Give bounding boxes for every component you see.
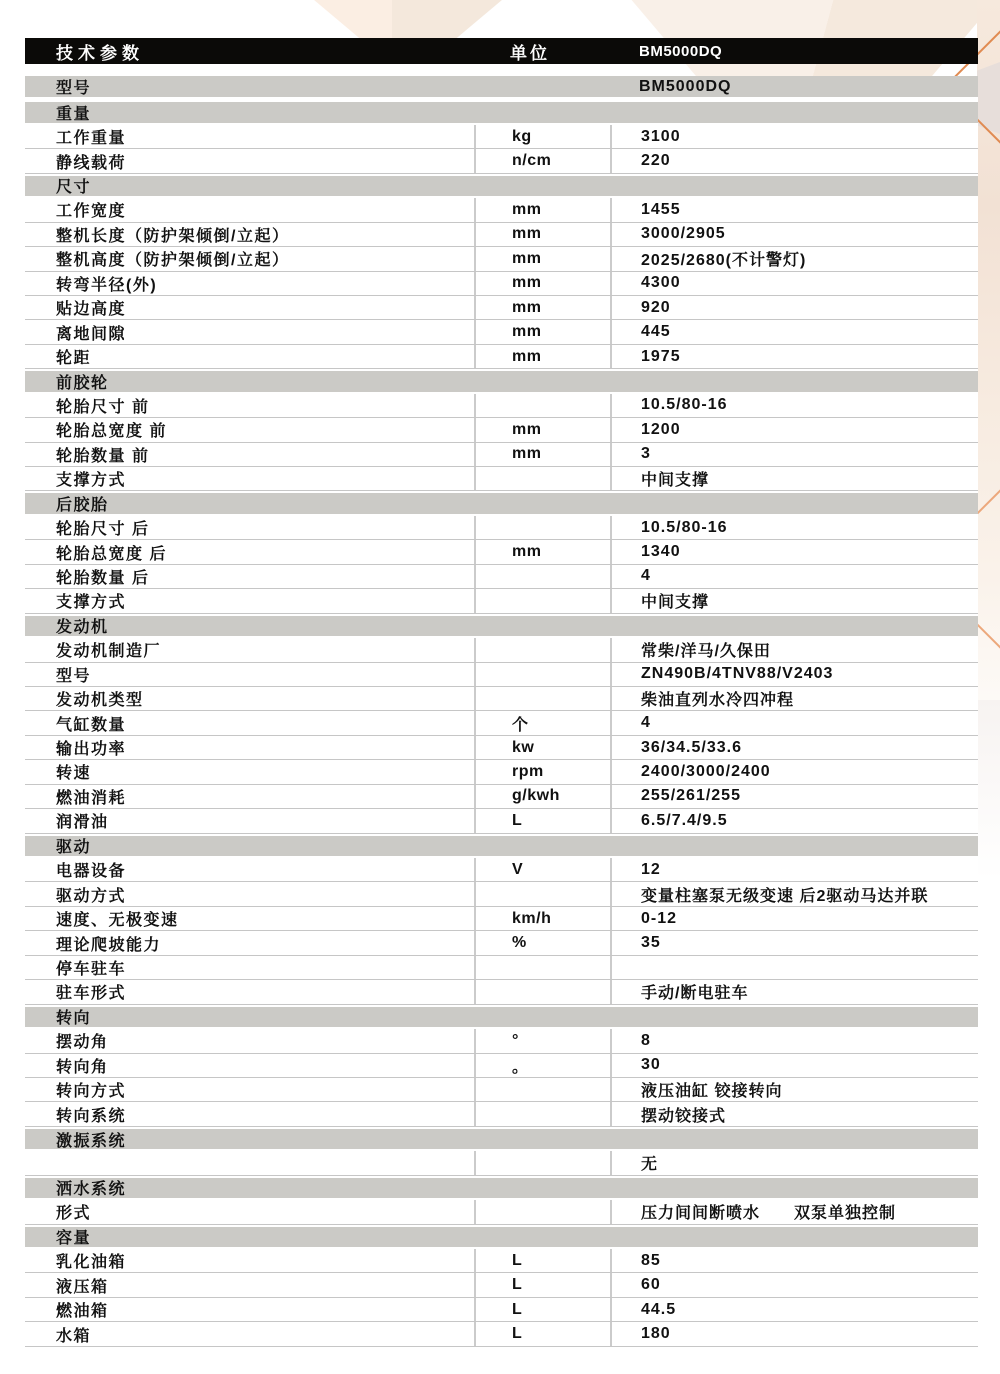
unit-cell xyxy=(474,76,610,97)
table-header-row: 技术参数 单位 BM5000DQ xyxy=(25,38,978,64)
unit-cell: mm xyxy=(474,320,610,343)
value-cell: ZN490B/4TNV88/V2403 xyxy=(610,663,978,686)
param-label: 支撑方式 xyxy=(25,589,474,612)
unit-cell: mm xyxy=(474,198,610,221)
table-row: 乳化油箱L85 xyxy=(25,1249,978,1273)
value-cell: 变量柱塞泵无级变速 后2驱动马达并联 xyxy=(610,882,978,905)
table-row: 工作重量kg3100 xyxy=(25,125,978,149)
section-label: 尺寸 xyxy=(25,176,978,196)
value-cell: 3000/2905 xyxy=(610,223,978,246)
unit-cell: 个 xyxy=(474,711,610,734)
unit-cell xyxy=(474,1102,610,1125)
section-row: 重量 xyxy=(25,100,978,124)
param-label: 转向角 xyxy=(25,1054,474,1077)
table-row: 轮胎数量 后4 xyxy=(25,565,978,589)
unit-cell: L xyxy=(474,1298,610,1321)
unit-cell: kg xyxy=(474,125,610,148)
section-label: 后胶胎 xyxy=(25,493,978,513)
bg-hexagon-top-center xyxy=(292,0,524,40)
unit-cell xyxy=(474,565,610,588)
param-label: 轮胎尺寸 后 xyxy=(25,516,474,539)
table-row: 速度、无极变速km/h0-12 xyxy=(25,907,978,931)
table-row: 燃油消耗g/kwh255/261/255 xyxy=(25,785,978,809)
section-label: 洒水系统 xyxy=(25,1178,978,1198)
value-cell: 3 xyxy=(610,443,978,466)
param-label: 转速 xyxy=(25,760,474,783)
param-label: 支撑方式 xyxy=(25,467,474,490)
unit-cell: mm xyxy=(474,345,610,368)
value-cell: 220 xyxy=(610,149,978,172)
param-label: 理论爬坡能力 xyxy=(25,931,474,954)
param-label: 轮距 xyxy=(25,345,474,368)
table-header-title: 技术参数 xyxy=(25,38,474,64)
value-cell: 36/34.5/33.6 xyxy=(610,736,978,759)
section-row: 转向 xyxy=(25,1005,978,1029)
value-cell: 180 xyxy=(610,1322,978,1345)
table-header-unit: 单位 xyxy=(474,38,610,64)
unit-cell xyxy=(474,687,610,710)
unit-cell xyxy=(474,1200,610,1223)
param-label xyxy=(25,1151,474,1174)
table-row: 转弯半径(外)mm4300 xyxy=(25,272,978,296)
value-cell: 2025/2680(不计警灯) xyxy=(610,247,978,270)
value-cell: 4 xyxy=(610,711,978,734)
table-row: 工作宽度mm1455 xyxy=(25,198,978,222)
value-cell: 1455 xyxy=(610,198,978,221)
unit-cell: mm xyxy=(474,223,610,246)
value-cell: 液压油缸 铰接转向 xyxy=(610,1078,978,1101)
section-label: 转向 xyxy=(25,1007,978,1027)
value-cell: 920 xyxy=(610,296,978,319)
table-row: 转向角。30 xyxy=(25,1054,978,1078)
value-cell: 0-12 xyxy=(610,907,978,930)
table-row: 形式压力间间断喷水 双泵单独控制 xyxy=(25,1200,978,1224)
header-gap xyxy=(25,64,978,76)
table-row: 发动机类型柴油直列水冷四冲程 xyxy=(25,687,978,711)
table-row: 型号BM5000DQ xyxy=(25,76,978,100)
table-row: 气缸数量个4 xyxy=(25,711,978,735)
value-cell: 12 xyxy=(610,858,978,881)
value-cell: 无 xyxy=(610,1151,978,1174)
value-cell: 10.5/80-16 xyxy=(610,394,978,417)
table-row: 轮胎总宽度 前mm1200 xyxy=(25,418,978,442)
unit-cell: mm xyxy=(474,272,610,295)
unit-cell: L xyxy=(474,1273,610,1296)
section-row: 前胶轮 xyxy=(25,369,978,393)
unit-cell xyxy=(474,638,610,661)
value-cell: 8 xyxy=(610,1029,978,1052)
value-cell: 压力间间断喷水 双泵单独控制 xyxy=(610,1200,978,1223)
param-label: 轮胎总宽度 前 xyxy=(25,418,474,441)
param-label: 轮胎数量 后 xyxy=(25,565,474,588)
param-label: 转向系统 xyxy=(25,1102,474,1125)
section-row: 发动机 xyxy=(25,614,978,638)
bg-right-strip xyxy=(977,0,1000,735)
section-row: 洒水系统 xyxy=(25,1176,978,1200)
table-row: 驻车形式手动/断电驻车 xyxy=(25,980,978,1004)
section-row: 尺寸 xyxy=(25,174,978,198)
param-label: 速度、无极变速 xyxy=(25,907,474,930)
param-label: 轮胎数量 前 xyxy=(25,443,474,466)
table-row: 静线载荷n/cm220 xyxy=(25,149,978,173)
param-label: 型号 xyxy=(25,663,474,686)
value-cell: 4 xyxy=(610,565,978,588)
param-label: 静线载荷 xyxy=(25,149,474,172)
section-label: 发动机 xyxy=(25,616,978,636)
param-label: 型号 xyxy=(25,76,474,97)
unit-cell: km/h xyxy=(474,907,610,930)
section-label: 重量 xyxy=(25,102,978,122)
param-label: 发动机制造厂 xyxy=(25,638,474,661)
unit-cell xyxy=(474,663,610,686)
section-label: 驱动 xyxy=(25,836,978,856)
value-cell: 35 xyxy=(610,931,978,954)
table-row: 支撑方式中间支撑 xyxy=(25,589,978,613)
table-row: 停车驻车 xyxy=(25,956,978,980)
unit-cell xyxy=(474,980,610,1003)
table-row: 轮胎总宽度 后mm1340 xyxy=(25,540,978,564)
table-row: 型号ZN490B/4TNV88/V2403 xyxy=(25,663,978,687)
value-cell: 85 xyxy=(610,1249,978,1272)
spec-sheet-page: { "colors": { "header_bg": "#0b0a08", "s… xyxy=(0,0,1000,1374)
unit-cell: kw xyxy=(474,736,610,759)
unit-cell xyxy=(474,1078,610,1101)
table-row: 润滑油L6.5/7.4/9.5 xyxy=(25,809,978,833)
value-cell: 中间支撑 xyxy=(610,467,978,490)
param-label: 工作重量 xyxy=(25,125,474,148)
param-label: 转弯半径(外) xyxy=(25,272,474,295)
param-label: 贴边高度 xyxy=(25,296,474,319)
unit-cell: L xyxy=(474,1249,610,1272)
unit-cell: mm xyxy=(474,296,610,319)
unit-cell xyxy=(474,1151,610,1174)
unit-cell xyxy=(474,956,610,979)
table-row: 轮胎尺寸 前10.5/80-16 xyxy=(25,394,978,418)
param-label: 工作宽度 xyxy=(25,198,474,221)
table-row: 无 xyxy=(25,1151,978,1175)
section-label: 容量 xyxy=(25,1227,978,1247)
value-cell: 摆动铰接式 xyxy=(610,1102,978,1125)
unit-cell: mm xyxy=(474,540,610,563)
value-cell: 10.5/80-16 xyxy=(610,516,978,539)
section-label: 激振系统 xyxy=(25,1129,978,1149)
param-label: 停车驻车 xyxy=(25,956,474,979)
value-cell: 445 xyxy=(610,320,978,343)
unit-cell xyxy=(474,589,610,612)
unit-cell: L xyxy=(474,1322,610,1345)
table-row: 电器设备V12 xyxy=(25,858,978,882)
unit-cell: ° xyxy=(474,1029,610,1052)
param-label: 轮胎尺寸 前 xyxy=(25,394,474,417)
param-label: 离地间隙 xyxy=(25,320,474,343)
spec-table: 技术参数 单位 BM5000DQ 型号BM5000DQ重量工作重量kg3100静… xyxy=(25,38,978,1347)
unit-cell: 。 xyxy=(474,1054,610,1077)
value-cell: 2400/3000/2400 xyxy=(610,760,978,783)
param-label: 电器设备 xyxy=(25,858,474,881)
bg-right-fade xyxy=(977,700,1000,880)
value-cell: 常柴/洋马/久保田 xyxy=(610,638,978,661)
section-row: 激振系统 xyxy=(25,1127,978,1151)
bg-right-facet xyxy=(977,62,1000,134)
param-label: 输出功率 xyxy=(25,736,474,759)
unit-cell: mm xyxy=(474,247,610,270)
table-row: 整机高度（防护架倾倒/立起）mm2025/2680(不计警灯) xyxy=(25,247,978,271)
value-cell: BM5000DQ xyxy=(610,76,978,97)
param-label: 润滑油 xyxy=(25,809,474,832)
param-label: 燃油消耗 xyxy=(25,785,474,808)
table-row: 理论爬坡能力%35 xyxy=(25,931,978,955)
value-cell: 255/261/255 xyxy=(610,785,978,808)
param-label: 整机高度（防护架倾倒/立起） xyxy=(25,247,474,270)
param-label: 液压箱 xyxy=(25,1273,474,1296)
section-row: 驱动 xyxy=(25,834,978,858)
value-cell xyxy=(610,956,978,979)
param-label: 驻车形式 xyxy=(25,980,474,1003)
table-row: 发动机制造厂常柴/洋马/久保田 xyxy=(25,638,978,662)
table-row: 轮胎尺寸 后10.5/80-16 xyxy=(25,516,978,540)
unit-cell xyxy=(474,882,610,905)
param-label: 整机长度（防护架倾倒/立起） xyxy=(25,223,474,246)
value-cell: 中间支撑 xyxy=(610,589,978,612)
unit-cell: g/kwh xyxy=(474,785,610,808)
unit-cell xyxy=(474,516,610,539)
param-label: 发动机类型 xyxy=(25,687,474,710)
value-cell: 1975 xyxy=(610,345,978,368)
unit-cell xyxy=(474,394,610,417)
table-row: 燃油箱L44.5 xyxy=(25,1298,978,1322)
value-cell: 60 xyxy=(610,1273,978,1296)
param-label: 燃油箱 xyxy=(25,1298,474,1321)
table-row: 转向方式液压油缸 铰接转向 xyxy=(25,1078,978,1102)
section-row: 容量 xyxy=(25,1225,978,1249)
table-row: 输出功率kw36/34.5/33.6 xyxy=(25,736,978,760)
table-header-model: BM5000DQ xyxy=(610,38,978,64)
param-label: 水箱 xyxy=(25,1322,474,1345)
value-cell: 柴油直列水冷四冲程 xyxy=(610,687,978,710)
table-row: 贴边高度mm920 xyxy=(25,296,978,320)
unit-cell: n/cm xyxy=(474,149,610,172)
table-row: 转速rpm2400/3000/2400 xyxy=(25,760,978,784)
unit-cell: L xyxy=(474,809,610,832)
table-row: 轮距mm1975 xyxy=(25,345,978,369)
value-cell: 44.5 xyxy=(610,1298,978,1321)
table-row: 液压箱L60 xyxy=(25,1273,978,1297)
table-row: 整机长度（防护架倾倒/立起）mm3000/2905 xyxy=(25,223,978,247)
section-label: 前胶轮 xyxy=(25,371,978,391)
param-label: 轮胎总宽度 后 xyxy=(25,540,474,563)
param-label: 转向方式 xyxy=(25,1078,474,1101)
table-row: 转向系统摆动铰接式 xyxy=(25,1102,978,1126)
table-row: 摆动角°8 xyxy=(25,1029,978,1053)
value-cell: 1200 xyxy=(610,418,978,441)
table-row: 支撑方式中间支撑 xyxy=(25,467,978,491)
unit-cell: mm xyxy=(474,443,610,466)
value-cell: 6.5/7.4/9.5 xyxy=(610,809,978,832)
value-cell: 3100 xyxy=(610,125,978,148)
unit-cell: V xyxy=(474,858,610,881)
table-row: 离地间隙mm445 xyxy=(25,320,978,344)
unit-cell: rpm xyxy=(474,760,610,783)
table-row: 驱动方式变量柱塞泵无级变速 后2驱动马达并联 xyxy=(25,882,978,906)
unit-cell: mm xyxy=(474,418,610,441)
table-body: 型号BM5000DQ重量工作重量kg3100静线载荷n/cm220尺寸工作宽度m… xyxy=(25,76,978,1347)
param-label: 乳化油箱 xyxy=(25,1249,474,1272)
param-label: 驱动方式 xyxy=(25,882,474,905)
param-label: 形式 xyxy=(25,1200,474,1223)
param-label: 摆动角 xyxy=(25,1029,474,1052)
value-cell: 30 xyxy=(610,1054,978,1077)
table-row: 轮胎数量 前mm3 xyxy=(25,443,978,467)
value-cell: 1340 xyxy=(610,540,978,563)
param-label: 气缸数量 xyxy=(25,711,474,734)
unit-cell: % xyxy=(474,931,610,954)
value-cell: 手动/断电驻车 xyxy=(610,980,978,1003)
table-row: 水箱L180 xyxy=(25,1322,978,1346)
section-row: 后胶胎 xyxy=(25,491,978,515)
unit-cell xyxy=(474,467,610,490)
value-cell: 4300 xyxy=(610,272,978,295)
